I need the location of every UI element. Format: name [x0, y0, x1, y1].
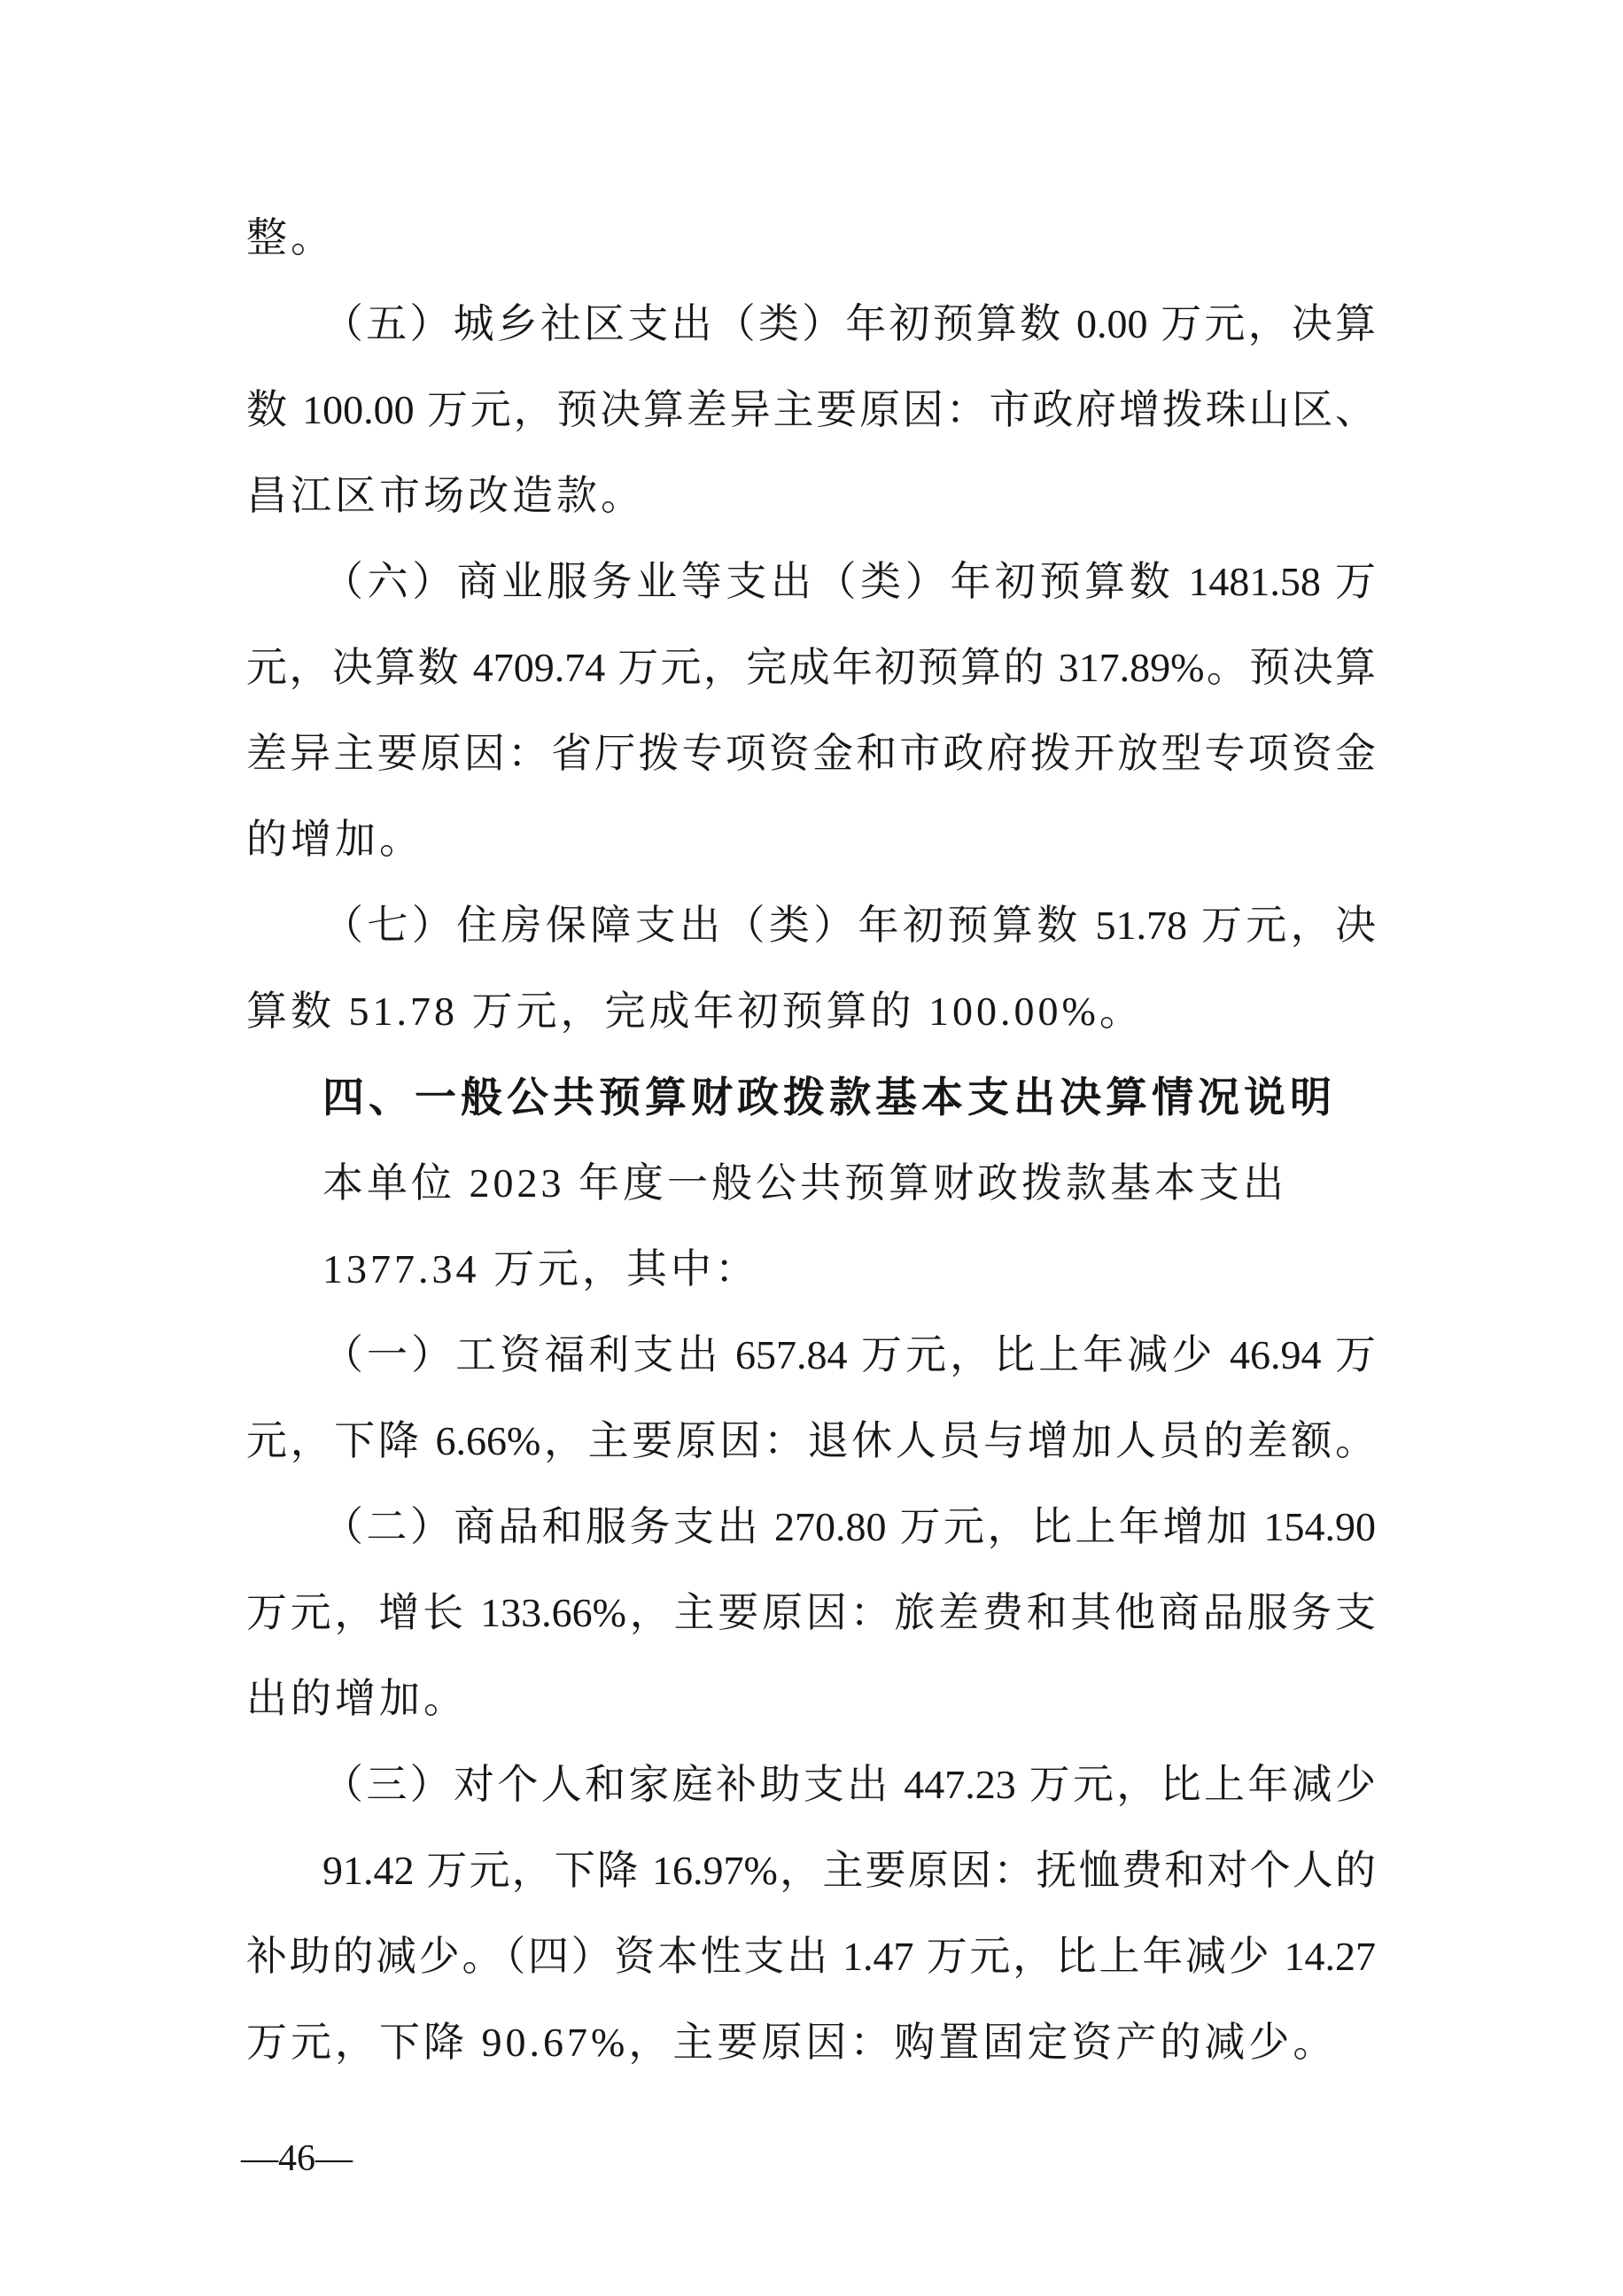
text-line-5: （六）商业服务业等支出（类）年初预算数 1481.58 万 — [246, 539, 1376, 624]
text-line-16: （二）商品和服务支出 270.80 万元，比上年增加 154.90 — [246, 1484, 1376, 1570]
text-line-13: 1377.34 万元，其中： — [246, 1226, 1376, 1312]
text-line-1: 整。 — [246, 195, 1376, 281]
text-line-12: 本单位 2023 年度一般公共预算财政拨款基本支出 — [246, 1140, 1376, 1226]
text-line-9: （七）住房保障支出（类）年初预算数 51.78 万元，决 — [246, 882, 1376, 968]
text-line-3: 数 100.00 万元，预决算差异主要原因：市政府增拨珠山区、 — [246, 367, 1376, 453]
text-line-18: 出的增加。 — [246, 1656, 1376, 1741]
text-line-21: 补助的减少。（四）资本性支出 1.47 万元，比上年减少 14.27 — [246, 1913, 1376, 1999]
text-line-15: 元，下降 6.66%，主要原因：退休人员与增加人员的差额。 — [246, 1398, 1376, 1484]
text-line-17: 万元，增长 133.66%，主要原因：旅差费和其他商品服务支 — [246, 1570, 1376, 1656]
text-line-10: 算数 51.78 万元，完成年初预算的 100.00%。 — [246, 968, 1376, 1054]
document-page: 整。（五）城乡社区支出（类）年初预算数 0.00 万元，决算数 100.00 万… — [0, 0, 1623, 2296]
page-number: —46— — [241, 2138, 353, 2179]
page-footer: —46— — [241, 2132, 353, 2185]
text-line-22: 万元，下降 90.67%，主要原因：购置固定资产的减少。 — [246, 1999, 1376, 2085]
text-line-2: （五）城乡社区支出（类）年初预算数 0.00 万元，决算 — [246, 281, 1376, 367]
text-line-6: 元，决算数 4709.74 万元，完成年初预算的 317.89%。预决算 — [246, 624, 1376, 710]
text-line-14: （一）工资福利支出 657.84 万元，比上年减少 46.94 万 — [246, 1312, 1376, 1398]
text-line-19: （三）对个人和家庭补助支出 447.23 万元，比上年减少 — [246, 1741, 1376, 1827]
text-line-7: 差异主要原因：省厅拨专项资金和市政府拨开放型专项资金 — [246, 710, 1376, 796]
text-line-4: 昌江区市场改造款。 — [246, 453, 1376, 539]
text-line-8: 的增加。 — [246, 796, 1376, 882]
section-heading: 四、一般公共预算财政拨款基本支出决算情况说明 — [246, 1054, 1376, 1140]
document-body: 整。（五）城乡社区支出（类）年初预算数 0.00 万元，决算数 100.00 万… — [246, 195, 1376, 2085]
text-line-20: 91.42 万元，下降 16.97%，主要原因：抚恤费和对个人的 — [246, 1827, 1376, 1913]
